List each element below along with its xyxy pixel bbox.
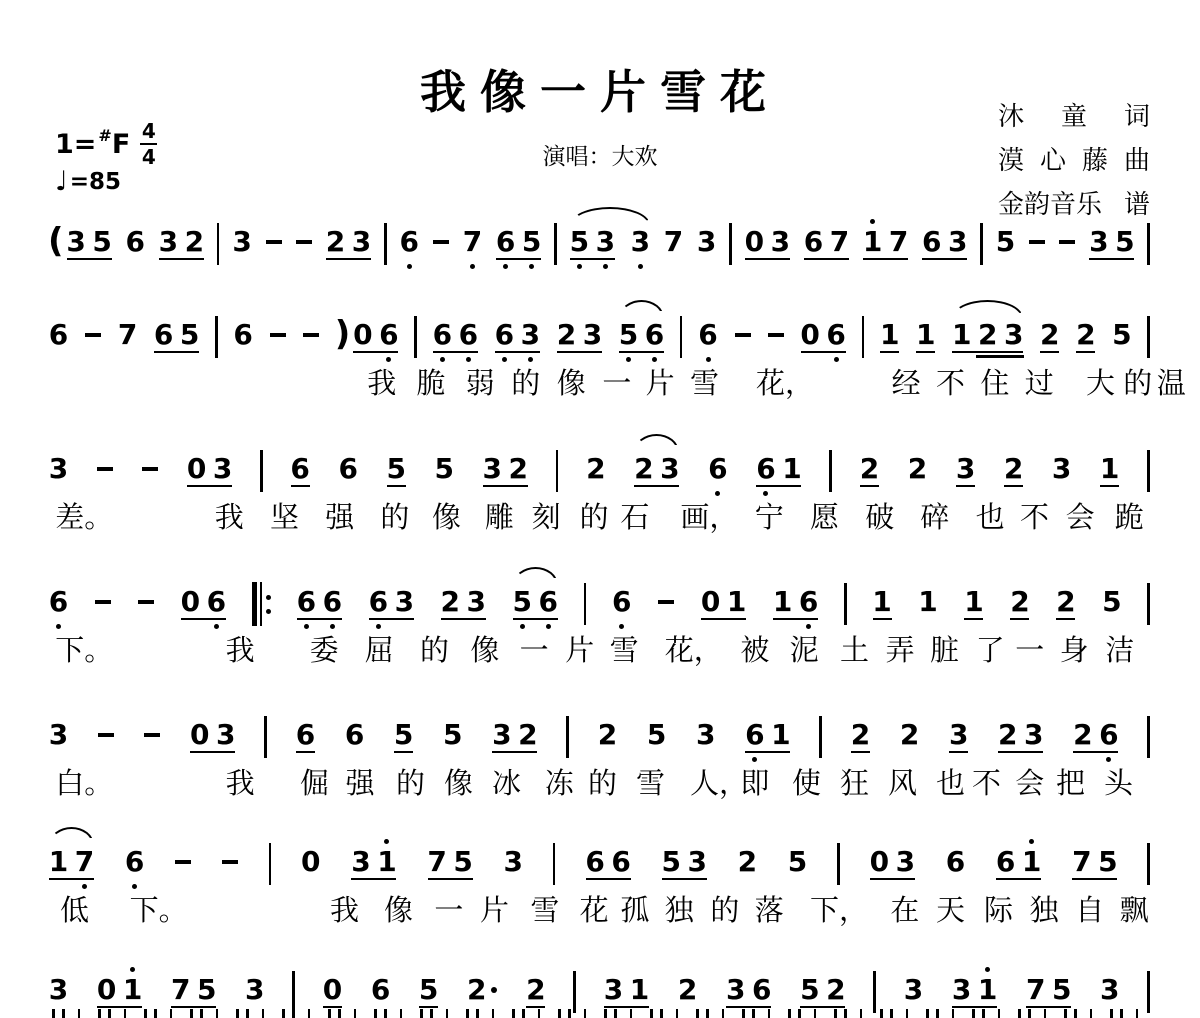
- note: 6: [612, 578, 631, 630]
- note: 1: [873, 578, 892, 630]
- low-octave-dot: [214, 624, 219, 629]
- lyric-syllable: 下，: [810, 892, 868, 928]
- dash-note: [734, 311, 752, 363]
- note-digit: 3: [232, 227, 251, 256]
- note-digit: 1: [1100, 454, 1119, 483]
- lyric-syllable: 花: [580, 892, 609, 928]
- low-octave-dot: [132, 884, 137, 889]
- note-group-span: 533: [569, 218, 651, 270]
- note-digit: 0: [181, 587, 200, 616]
- lyric-syllable: 土: [840, 632, 869, 668]
- repeat-thick-bar: [252, 582, 257, 626]
- note-digit: 3: [726, 975, 745, 1004]
- barline: [680, 316, 683, 358]
- note-group: 23: [633, 445, 680, 497]
- note-digit: 5: [1052, 975, 1071, 1004]
- note-digit: 5: [647, 720, 666, 749]
- lyric-syllable: 画，: [680, 499, 738, 535]
- note-digit: 2: [978, 320, 997, 349]
- low-octave-zone: [470, 256, 475, 270]
- eighth-underline: [1056, 618, 1075, 621]
- note-digit: 7: [664, 227, 683, 256]
- note-digit: 6: [459, 320, 478, 349]
- note: 2: [851, 711, 870, 763]
- note-group: 1: [915, 311, 936, 363]
- note-group: 2: [597, 711, 618, 763]
- note-digit: 6: [154, 320, 173, 349]
- note-group: 2: [737, 838, 758, 890]
- note: 2: [441, 578, 460, 630]
- note: 1: [782, 445, 801, 497]
- dash-note: [94, 578, 112, 630]
- note-digit: 1: [872, 587, 891, 616]
- low-octave-zone: [706, 349, 711, 363]
- note-group: 31: [350, 838, 397, 890]
- note-group: 2: [1055, 578, 1076, 630]
- note-digit: 3: [896, 847, 915, 876]
- note-group: 5: [995, 218, 1016, 270]
- note-digit: 3: [1100, 975, 1119, 1004]
- key-prefix: 1=: [55, 129, 96, 160]
- high-octave-dot: [384, 839, 389, 844]
- note: 5: [387, 445, 406, 497]
- lyric-syllable: 会: [1015, 765, 1044, 801]
- low-octave-zone: [407, 256, 412, 270]
- barline: [862, 316, 865, 358]
- notation-line: 303665532223661223231差。我坚强的像雕刻的石画，宁愿破碎也不…: [48, 445, 1150, 497]
- notation-line: 6066663235660116111225下。我委屈的像一片雪花，被泥土弄脏了…: [48, 578, 1150, 630]
- note: 6: [922, 218, 941, 270]
- note: 3: [1089, 218, 1108, 270]
- note-group: 6: [48, 578, 69, 630]
- note-group: 63: [921, 218, 968, 270]
- barline: [573, 971, 576, 1013]
- note-digit: 6: [496, 227, 515, 256]
- tempo-value: =85: [70, 169, 121, 195]
- lyric-syllable: 像: [384, 892, 413, 928]
- lyric-syllable: 雕: [485, 499, 514, 535]
- low-octave-dot: [763, 491, 768, 496]
- note-digit: 3: [583, 320, 602, 349]
- credit-text: 沐: [998, 96, 1024, 133]
- note-digit: 2: [526, 975, 545, 1004]
- note-digit: 6: [826, 320, 845, 349]
- eighth-underline: [557, 351, 602, 354]
- note: 6: [645, 311, 664, 363]
- note-group: 03: [189, 711, 236, 763]
- note: 3: [213, 445, 232, 497]
- sharp-accidental: #: [98, 126, 111, 145]
- barline: [215, 316, 218, 358]
- lyric-syllable: 雪: [530, 892, 559, 928]
- high-octave-dot: [870, 219, 875, 224]
- barline: [553, 843, 556, 885]
- eighth-underline: [1076, 351, 1095, 354]
- lyric-syllable: 过: [1025, 365, 1054, 401]
- note-digit: 0: [97, 975, 116, 1004]
- note-group: 2: [1039, 311, 1060, 363]
- note: 3: [660, 445, 679, 497]
- eighth-underline: [441, 618, 486, 621]
- eighth-underline: [428, 878, 473, 881]
- note: 5: [570, 218, 589, 270]
- eighth-underline: [394, 751, 413, 754]
- note-digit: 3: [49, 975, 68, 1004]
- note: 2: [1076, 311, 1095, 363]
- eighth-underline: [526, 1006, 545, 1009]
- note: 7: [1072, 838, 1091, 890]
- low-octave-dot: [577, 264, 582, 269]
- eighth-underline: [701, 618, 746, 621]
- note-digit: 6: [49, 587, 68, 616]
- note: 6: [459, 311, 478, 363]
- note: 0: [745, 218, 764, 270]
- note-group: 6: [611, 578, 632, 630]
- note-digit: 3: [352, 227, 371, 256]
- note-digit: 5: [419, 975, 438, 1004]
- note: 6: [708, 445, 727, 497]
- sixteenth-underline: [976, 355, 1025, 358]
- note: 6: [433, 311, 452, 363]
- note: 1: [952, 311, 971, 363]
- note-group: 23: [440, 578, 487, 630]
- eighth-underline: [619, 351, 664, 354]
- note-group: 66: [432, 311, 479, 363]
- note-digit: 5: [661, 847, 680, 876]
- note: 1: [771, 711, 790, 763]
- lyric-syllable: 刻: [532, 499, 561, 535]
- low-octave-dot: [503, 264, 508, 269]
- note: 5: [1098, 838, 1117, 890]
- note: 0: [187, 445, 206, 497]
- note-group: 1: [872, 578, 893, 630]
- note: 3: [467, 578, 486, 630]
- note-group: 6: [707, 445, 728, 497]
- note-digit: 3: [492, 720, 511, 749]
- eighth-underline: [804, 258, 849, 261]
- eighth-underline: [190, 751, 235, 754]
- note-group: 3: [695, 711, 716, 763]
- dash-note: [137, 578, 155, 630]
- lyric-syllable: 我: [367, 365, 396, 401]
- low-octave-dot: [520, 624, 525, 629]
- note: 5: [180, 311, 199, 363]
- lyric-syllable: 的: [396, 765, 425, 801]
- note-digit: 2: [634, 454, 653, 483]
- lyric-syllable: 泥: [790, 632, 819, 668]
- note-group: 6: [399, 218, 420, 270]
- lyric-syllable: 会: [1066, 499, 1095, 535]
- low-octave-dot: [502, 357, 507, 362]
- note: 3: [688, 838, 707, 890]
- eighth-underline: [880, 351, 899, 354]
- note-digit: 5: [513, 587, 532, 616]
- lyric-syllable: 了: [976, 632, 1005, 668]
- key-tempo-block: 1=#F 4 4 ♩ =85: [55, 124, 157, 195]
- credit-text: 藤: [1082, 140, 1108, 177]
- note-digit: 5: [394, 720, 413, 749]
- eighth-underline: [922, 258, 967, 261]
- lyric-syllable: 低: [60, 892, 89, 928]
- note-group: 75: [427, 838, 474, 890]
- low-octave-dot: [619, 624, 624, 629]
- eighth-underline: [1073, 751, 1118, 754]
- note-digit: 5: [1115, 227, 1134, 256]
- note: 3: [696, 711, 715, 763]
- note: 3: [49, 445, 68, 497]
- eighth-underline: [369, 618, 414, 621]
- lyrics-row: 下。我委屈的像一片雪花，被泥土弄脏了一身洁: [0, 632, 1200, 670]
- eighth-underline: [67, 258, 112, 261]
- note-group: 66: [585, 838, 632, 890]
- barline: [837, 843, 840, 885]
- note-group: 32: [491, 711, 538, 763]
- credit-row: 沐童词: [998, 96, 1150, 133]
- lyric-syllable: 自: [1075, 892, 1104, 928]
- lyric-syllable: 天: [936, 892, 965, 928]
- note-group: 06: [800, 311, 847, 363]
- notation-line: (3563232367655337303671763535: [48, 218, 1150, 270]
- credit-row: 漠心藤曲: [998, 140, 1150, 177]
- low-octave-dot: [330, 624, 335, 629]
- note-digit: 2: [557, 320, 576, 349]
- eighth-underline: [1004, 485, 1023, 488]
- truncated-lyrics-row: [52, 1009, 1140, 1018]
- note: 2: [900, 711, 919, 763]
- note-digit: 6: [996, 847, 1015, 876]
- key-signature: 1=#F 4 4: [55, 124, 157, 164]
- note: 2: [998, 711, 1017, 763]
- note-digit: 6: [297, 587, 316, 616]
- barline: [1147, 316, 1150, 358]
- note: 1: [377, 838, 396, 890]
- repeat-dot: [266, 595, 271, 600]
- lyric-syllable: 温: [1157, 365, 1186, 401]
- note: 7: [830, 218, 849, 270]
- note-digit: 3: [904, 975, 923, 1004]
- note: 2: [860, 445, 879, 497]
- note-digit: 3: [216, 720, 235, 749]
- eighth-underline: [291, 485, 310, 488]
- lyric-syllable: 强: [346, 765, 375, 801]
- barline: [1147, 971, 1150, 1013]
- low-octave-dot: [1106, 757, 1111, 762]
- dash-note: [1058, 218, 1076, 270]
- note: 3: [1052, 445, 1071, 497]
- dash-note: [302, 311, 320, 363]
- lyric-syllable: 我: [226, 765, 255, 801]
- note-digit: 6: [369, 587, 388, 616]
- lyrics-row: 我脆弱的像一片雪花，经不住过大的温: [0, 365, 1200, 403]
- note: 0: [701, 578, 720, 630]
- note-digit: 6: [338, 454, 357, 483]
- eighth-underline: [570, 258, 615, 261]
- note: 3: [49, 711, 68, 763]
- note-digit: 1: [782, 454, 801, 483]
- note-digit: 0: [870, 847, 889, 876]
- note: 6: [345, 711, 364, 763]
- note: 6: [756, 445, 775, 497]
- eighth-underline: [586, 878, 631, 881]
- note-digit: 2: [860, 454, 879, 483]
- note: 6: [323, 578, 342, 630]
- note: 3: [948, 218, 967, 270]
- note-digit: 1: [1022, 847, 1041, 876]
- note: 0: [353, 311, 372, 363]
- note-group: 5: [386, 445, 407, 497]
- note-digit: 5: [453, 847, 472, 876]
- slur-arc: [619, 300, 664, 318]
- low-octave-dot: [82, 884, 87, 889]
- note-digit: 2: [1040, 320, 1059, 349]
- note: 3: [949, 711, 968, 763]
- note-digit: 2: [851, 720, 870, 749]
- eighth-underline: [916, 351, 935, 354]
- eighth-underline: [353, 351, 398, 354]
- eighth-underline: [419, 1006, 438, 1009]
- note-digit: 2: [998, 720, 1017, 749]
- eighth-underline: [492, 751, 537, 754]
- note: 6: [827, 311, 846, 363]
- notation-line: 67656)066663235660611123225我脆弱的像一片雪花，经不住…: [48, 311, 1150, 363]
- note-group-span: (35: [48, 218, 113, 270]
- note-group: 67: [803, 218, 850, 270]
- note-digit: 1: [952, 320, 971, 349]
- eighth-underline: [513, 618, 558, 621]
- note: 6: [125, 838, 144, 890]
- lyric-syllable: 我: [226, 632, 255, 668]
- note: 1: [880, 311, 899, 363]
- dash-note: [265, 218, 283, 270]
- note-digit: 0: [301, 847, 320, 876]
- notes-row: 6066663235660116111225: [48, 578, 1150, 630]
- note: 2: [1004, 445, 1023, 497]
- note: 6: [369, 578, 388, 630]
- eighth-underline: [351, 878, 396, 881]
- note-digit: 2: [1076, 320, 1095, 349]
- note-digit: 3: [504, 847, 523, 876]
- note-digit: 5: [1098, 847, 1117, 876]
- note-digit: 6: [745, 720, 764, 749]
- dash-note: [174, 838, 192, 890]
- eighth-underline: [1100, 485, 1119, 488]
- note-group: 1: [918, 578, 939, 630]
- note-digit: 0: [353, 320, 372, 349]
- meter-denominator: 4: [142, 147, 156, 167]
- note-group: 61: [744, 711, 791, 763]
- lyric-syllable: 际: [984, 892, 1013, 928]
- barline: [384, 223, 387, 265]
- note-digit: 2: [598, 720, 617, 749]
- slur-arc: [513, 567, 558, 585]
- note-group: 3: [232, 218, 253, 270]
- low-octave-dot: [528, 357, 533, 362]
- note-digit: 6: [296, 720, 315, 749]
- low-octave-zone: [132, 876, 137, 890]
- note-group: 6: [124, 838, 145, 890]
- eighth-underline: [433, 351, 478, 354]
- note: 0: [801, 311, 820, 363]
- lyric-syllable: 一: [434, 892, 463, 928]
- lyric-syllable: 跪: [1115, 499, 1144, 535]
- note: 0: [301, 838, 320, 890]
- eighth-underline: [964, 618, 983, 621]
- lyric-syllable: 的: [710, 892, 739, 928]
- note: 7: [428, 838, 447, 890]
- note: 6: [496, 218, 515, 270]
- note-group: 32: [158, 218, 205, 270]
- lyric-syllable: 狂: [840, 765, 869, 801]
- note-group: 0: [300, 838, 321, 890]
- note-digit: 3: [213, 454, 232, 483]
- note: 1: [773, 578, 792, 630]
- eighth-underline: [662, 878, 707, 881]
- note-digit: 3: [952, 975, 971, 1004]
- note-digit: 5: [443, 720, 462, 749]
- lyric-syllable: 委: [310, 632, 339, 668]
- note-group: 2: [907, 445, 928, 497]
- notes-row: 67656)066663235660611123225: [48, 311, 1150, 363]
- note-group: 66: [296, 578, 343, 630]
- lyric-syllable: 石: [620, 499, 649, 535]
- note: 5: [1112, 311, 1131, 363]
- note-digit: 3: [1004, 320, 1023, 349]
- low-octave-dot: [56, 624, 61, 629]
- lyric-syllable: 脏: [930, 632, 959, 668]
- dash-note: [221, 838, 239, 890]
- dash-note: [657, 578, 675, 630]
- eighth-underline: [1072, 878, 1117, 881]
- lyric-syllable: 把: [1056, 765, 1085, 801]
- eighth-underline: [745, 751, 790, 754]
- note-group: 3: [630, 218, 651, 270]
- note-group: 23: [325, 218, 372, 270]
- note: 6: [126, 218, 145, 270]
- note: 6: [586, 838, 605, 890]
- barline: [980, 223, 983, 265]
- dash-note: [141, 445, 159, 497]
- credit-text: 心: [1040, 140, 1066, 177]
- note: 1: [919, 578, 938, 630]
- note-digit: 2: [586, 454, 605, 483]
- note-group: 2: [850, 711, 871, 763]
- note-group: 26: [1072, 711, 1119, 763]
- note: 3: [956, 445, 975, 497]
- time-signature: 4 4: [140, 121, 157, 167]
- note: 1: [49, 838, 68, 890]
- note-group: 5: [393, 711, 414, 763]
- note-digit: 3: [956, 454, 975, 483]
- note-digit: 6: [379, 320, 398, 349]
- note-digit: 5: [570, 227, 589, 256]
- lyric-syllable: 住: [980, 365, 1009, 401]
- note-group: 03: [186, 445, 233, 497]
- eighth-underline: [773, 618, 818, 621]
- note-digit: 5: [180, 320, 199, 349]
- note-digit: 6: [585, 847, 604, 876]
- note-digit: 1: [123, 975, 142, 1004]
- note-group: 03: [744, 218, 791, 270]
- note: 2: [509, 445, 528, 497]
- eighth-underline: [952, 351, 1023, 354]
- note-group: 123: [951, 311, 1024, 363]
- note-group: 7: [117, 311, 138, 363]
- lyric-syllable: 即: [740, 765, 769, 801]
- lyric-syllable: 花，: [665, 632, 723, 668]
- note-group: 23: [997, 711, 1044, 763]
- note-group: 5: [787, 838, 808, 890]
- note-digit: 2: [326, 227, 345, 256]
